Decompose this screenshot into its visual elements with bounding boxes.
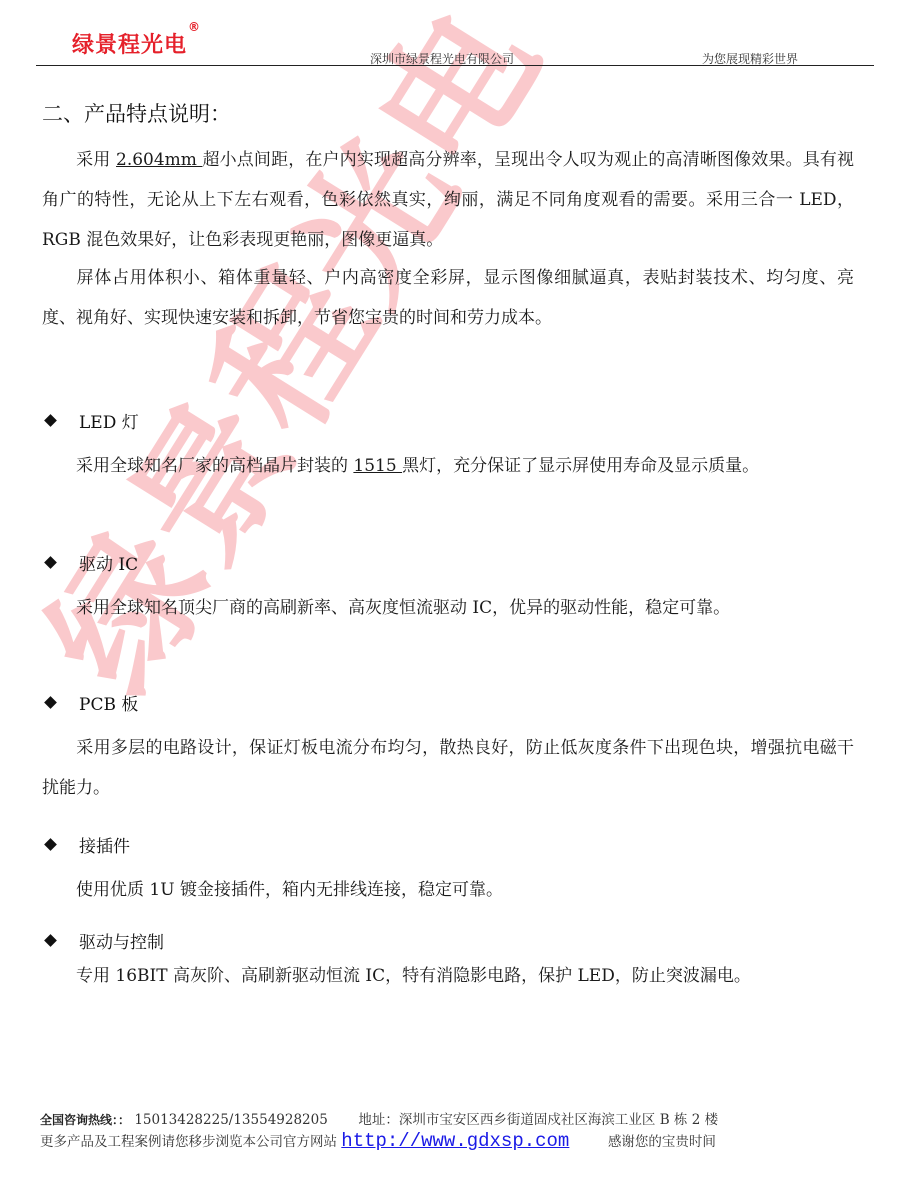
diamond-bullet-icon <box>44 556 57 569</box>
feature-heading-pcb: PCB 板 <box>42 690 138 715</box>
feature-heading-driver-ic: 驱动 IC <box>42 550 138 575</box>
intro-paragraph-2: 屏体占用体积小、箱体重量轻、户内高密度全彩屏，显示图像细腻逼真，表贴封装技术、均… <box>42 258 854 338</box>
footer-website-line: 更多产品及工程案例请您移步浏览本公司官方网站 http://www.gdxsp.… <box>40 1130 716 1152</box>
feature-text-led: 采用全球知名厂家的高档晶片封装的 1515 黑灯，充分保证了显示屏使用寿命及显示… <box>42 446 854 486</box>
company-logo: 绿景程光电 ® <box>72 28 187 59</box>
diamond-bullet-icon <box>44 414 57 427</box>
diamond-bullet-icon <box>44 696 57 709</box>
website-prompt: 更多产品及工程案例请您移步浏览本公司官方网站 <box>40 1134 337 1150</box>
feature-text-connector: 使用优质 1U 镀金接插件，箱内无排线连接，稳定可靠。 <box>42 870 854 910</box>
website-link[interactable]: http://www.gdxsp.com <box>341 1130 569 1152</box>
feature-heading-drive-control: 驱动与控制 <box>42 928 164 953</box>
led-model-value: 1515 <box>353 456 402 476</box>
thanks-text: 感谢您的宝贵时间 <box>608 1134 716 1150</box>
section-title: 二、产品特点说明： <box>42 98 231 128</box>
footer-contact-line: 全国咨询热线：： 15013428225/13554928205 地址：深圳市宝… <box>40 1108 718 1128</box>
registered-mark-icon: ® <box>188 20 201 34</box>
feature-text-drive-control: 专用 16BIT 高灰阶、高刷新驱动恒流 IC，特有消隐影电路，保护 LED，防… <box>42 956 854 996</box>
intro-paragraph-1: 采用 2.604mm 超小点间距，在户内实现超高分辨率，呈现出令人叹为观止的高清… <box>42 140 854 260</box>
hotline-label: 全国咨询热线：： <box>40 1113 130 1127</box>
feature-text-pcb: 采用多层的电路设计，保证灯板电流分布均匀，散热良好，防止低灰度条件下出现色块，增… <box>42 728 854 808</box>
company-address: 地址：深圳市宝安区西乡街道固戍社区海滨工业区 B 栋 2 楼 <box>358 1112 718 1128</box>
feature-text-driver-ic: 采用全球知名顶尖厂商的高刷新率、高灰度恒流驱动 IC，优异的驱动性能，稳定可靠。 <box>42 588 854 628</box>
hotline-numbers: 15013428225/13554928205 <box>134 1112 328 1128</box>
logo-text: 绿景程光电 <box>72 33 187 58</box>
feature-heading-connector: 接插件 <box>42 832 130 857</box>
diamond-bullet-icon <box>44 838 57 851</box>
diamond-bullet-icon <box>44 934 57 947</box>
feature-heading-led: LED 灯 <box>42 408 139 433</box>
pixel-pitch-value: 2.604mm <box>116 150 202 170</box>
page-header: 绿景程光电 ® 深圳市绿景程光电有限公司 为您展现精彩世界 <box>0 0 900 70</box>
header-divider <box>36 65 874 66</box>
